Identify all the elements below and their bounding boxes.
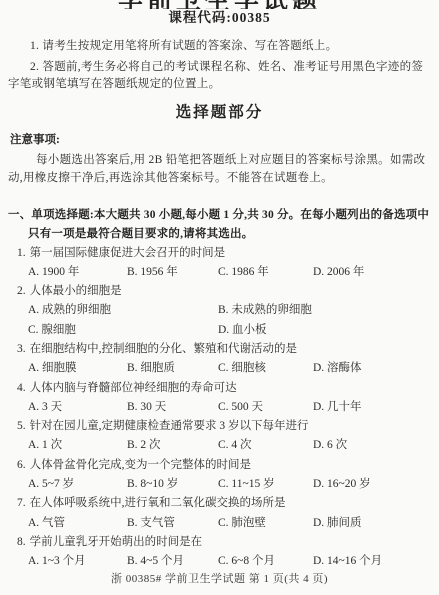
instructions: 1. 请考生按规定用笔将所有试题的答案涂、写在答题纸上。 2. 答题前,考生务必… [8, 38, 431, 94]
option: D. 16~20 岁 [313, 475, 431, 494]
option: C. 11~15 岁 [218, 475, 313, 494]
question-stem-text: 人体最小的细胞是 [30, 285, 122, 297]
part-one-header: 一、单项选择题:本大题共 30 小题,每小题 1 分,共 30 分。在每小题列出… [8, 206, 431, 244]
question-number: 5. [17, 420, 26, 432]
question-stem-text: 学前儿童乳牙开始萌出的时间是在 [30, 536, 203, 548]
option: A. 细胞膜 [28, 359, 127, 378]
option: B. 2 次 [127, 436, 218, 455]
course-code: 课程代码:00385 [0, 10, 439, 25]
question-number: 1. [17, 247, 26, 259]
question: 1.第一届国际健康促进大会召开的时间是 A. 1900 年B. 1956 年C.… [17, 244, 431, 283]
question-stem-text: 在细胞结构中,控制细胞的分化、繁殖和代谢活动的是 [30, 343, 297, 355]
question-number: 2. [17, 285, 26, 297]
option: D. 血小板 [218, 321, 431, 340]
question-options: A. 成熟的卵细胞B. 未成熟的卵细胞C. 腺细胞D. 血小板 [28, 301, 431, 340]
option: C. 腺细胞 [28, 321, 218, 340]
option: B. 4~5 个月 [127, 552, 218, 571]
question: 2.人体最小的细胞是 A. 成熟的卵细胞B. 未成熟的卵细胞C. 腺细胞D. 血… [17, 282, 431, 340]
question-options: A. 3 天B. 30 天C. 500 天D. 几十年 [28, 398, 431, 417]
questions-list: 1.第一届国际健康促进大会召开的时间是 A. 1900 年B. 1956 年C.… [17, 244, 431, 572]
question-number: 7. [17, 497, 26, 509]
notice-text: 每小题选出答案后,用 2B 铅笔把答题纸上对应题目的答案标号涂黑。如需改动,用橡… [8, 151, 431, 187]
question-stem: 2.人体最小的细胞是 [17, 282, 431, 301]
question-number: 4. [17, 382, 26, 394]
option: A. 3 天 [28, 398, 127, 417]
option: A. 气管 [28, 514, 127, 533]
question-stem-text: 第一届国际健康促进大会召开的时间是 [30, 247, 226, 259]
option: C. 4 次 [218, 436, 313, 455]
question-options: A. 5~7 岁B. 8~10 岁C. 11~15 岁D. 16~20 岁 [28, 475, 431, 494]
question-options: A. 细胞膜B. 细胞质C. 细胞核D. 溶酶体 [28, 359, 431, 378]
question: 6.人体骨盆骨化完成,变为一个完整体的时间是 A. 5~7 岁B. 8~10 岁… [17, 456, 431, 495]
question-stem: 5.针对在园儿童,定期健康检查通常要求 3 岁以下每年进行 [17, 417, 431, 436]
question-options: A. 1 次B. 2 次C. 4 次D. 6 次 [28, 436, 431, 455]
question-number: 8. [17, 536, 26, 548]
instruction-item-1: 1. 请考生按规定用笔将所有试题的答案涂、写在答题纸上。 [8, 38, 431, 56]
question-stem-text: 人体内脑与脊髓部位神经细胞的寿命可达 [30, 382, 237, 394]
section-heading: 选择题部分 [0, 103, 439, 122]
question-stem: 1.第一届国际健康促进大会召开的时间是 [17, 244, 431, 263]
question: 8.学前儿童乳牙开始萌出的时间是在 A. 1~3 个月B. 4~5 个月C. 6… [17, 533, 431, 572]
clipped-exam-title: 学前卫生学试题 [0, 0, 439, 9]
question-stem: 6.人体骨盆骨化完成,变为一个完整体的时间是 [17, 456, 431, 475]
option: A. 5~7 岁 [28, 475, 127, 494]
question-number: 6. [17, 459, 26, 471]
option: D. 溶酶体 [313, 359, 431, 378]
clipped-exam-title-text: 学前卫生学试题 [118, 0, 321, 9]
option: C. 500 天 [218, 398, 313, 417]
option: A. 1 次 [28, 436, 127, 455]
question-stem-text: 在人体呼吸系统中,进行氧和二氧化碳交换的场所是 [30, 497, 286, 509]
option: B. 1956 年 [127, 263, 218, 282]
option: B. 细胞质 [127, 359, 218, 378]
option: C. 1986 年 [218, 263, 313, 282]
option: B. 未成熟的卵细胞 [218, 301, 431, 320]
question-stem: 8.学前儿童乳牙开始萌出的时间是在 [17, 533, 431, 552]
page-footer: 浙 00385# 学前卫生学试题 第 1 页(共 4 页) [0, 573, 439, 586]
option: D. 6 次 [313, 436, 431, 455]
option: C. 肺泡壁 [218, 514, 313, 533]
option: C. 细胞核 [218, 359, 313, 378]
option: B. 8~10 岁 [127, 475, 218, 494]
option: A. 1900 年 [28, 263, 127, 282]
question-number: 3. [17, 343, 26, 355]
exam-paper-page: 学前卫生学试题 课程代码:00385 1. 请考生按规定用笔将所有试题的答案涂、… [0, 0, 439, 595]
question-stem-text: 针对在园儿童,定期健康检查通常要求 3 岁以下每年进行 [30, 420, 309, 432]
option: A. 成熟的卵细胞 [28, 301, 218, 320]
question-options: A. 气管B. 支气管C. 肺泡壁D. 肺间质 [28, 514, 431, 533]
question: 5.针对在园儿童,定期健康检查通常要求 3 岁以下每年进行 A. 1 次B. 2… [17, 417, 431, 456]
notice-label: 注意事项: [10, 133, 431, 148]
option: D. 肺间质 [313, 514, 431, 533]
question-stem: 4.人体内脑与脊髓部位神经细胞的寿命可达 [17, 379, 431, 398]
option: B. 30 天 [127, 398, 218, 417]
question-stem: 3.在细胞结构中,控制细胞的分化、繁殖和代谢活动的是 [17, 340, 431, 359]
option: A. 1~3 个月 [28, 552, 127, 571]
question-stem: 7.在人体呼吸系统中,进行氧和二氧化碳交换的场所是 [17, 494, 431, 513]
option: D. 几十年 [313, 398, 431, 417]
question: 7.在人体呼吸系统中,进行氧和二氧化碳交换的场所是 A. 气管B. 支气管C. … [17, 494, 431, 533]
instruction-item-2: 2. 答题前,考生务必将自己的考试课程名称、姓名、准考证号用黑色字迹的签字笔或钢… [8, 59, 431, 94]
option: B. 支气管 [127, 514, 218, 533]
question: 3.在细胞结构中,控制细胞的分化、繁殖和代谢活动的是 A. 细胞膜B. 细胞质C… [17, 340, 431, 379]
question-options: A. 1~3 个月B. 4~5 个月C. 6~8 个月D. 14~16 个月 [28, 552, 431, 571]
question: 4.人体内脑与脊髓部位神经细胞的寿命可达 A. 3 天B. 30 天C. 500… [17, 379, 431, 418]
option: C. 6~8 个月 [218, 552, 313, 571]
question-stem-text: 人体骨盆骨化完成,变为一个完整体的时间是 [30, 459, 251, 471]
option: D. 2006 年 [313, 263, 431, 282]
question-options: A. 1900 年B. 1956 年C. 1986 年D. 2006 年 [28, 263, 431, 282]
option: D. 14~16 个月 [313, 552, 431, 571]
